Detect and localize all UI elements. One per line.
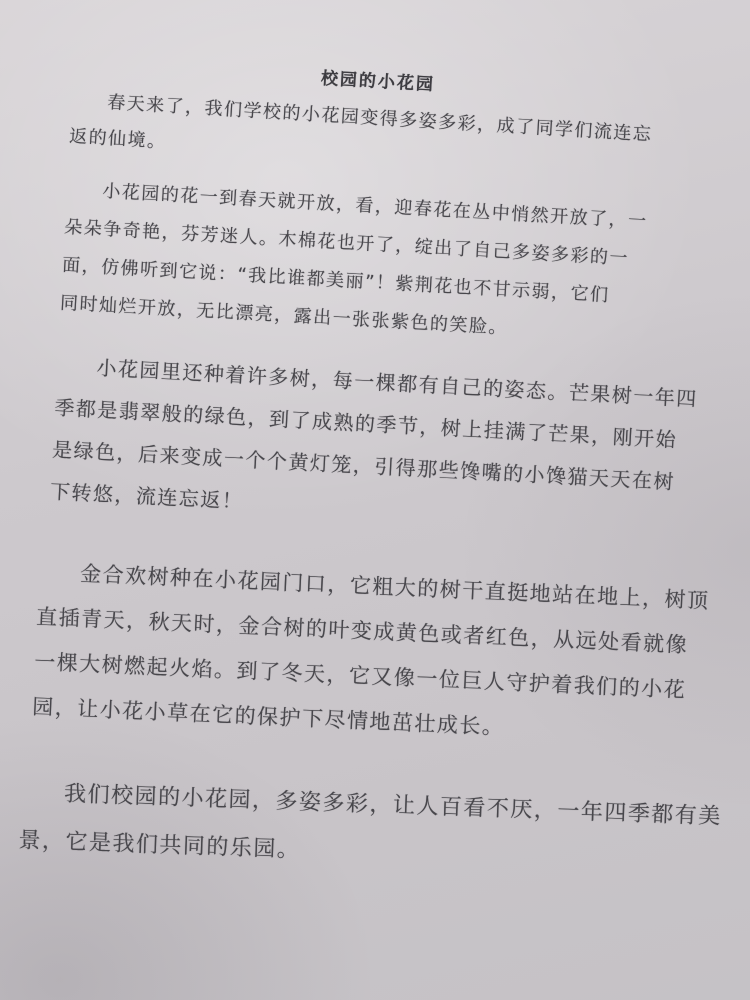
photo-background: 校园的小花园 春天来了，我们学校的小花园变得多姿多彩，成了同学们流连忘 返的仙境… [0, 0, 750, 1000]
paragraph-3: 小花园里还种着许多树，每一棵都有自己的姿态。芒果树一年四 季都是翡翠般的绿色，到… [49, 345, 667, 545]
paragraph-4: 金合欢树种在小花园门口，它粗大的树干直挺地站在地上，树顶 直插青天，秋天时，金合… [31, 550, 654, 757]
paragraph-5: 我们校园的小花园，多姿多彩，让人百看不厌，一年四季都有美 景，它是我们共同的乐园… [18, 769, 643, 887]
essay-page: 校园的小花园 春天来了，我们学校的小花园变得多姿多彩，成了同学们流连忘 返的仙境… [29, 36, 684, 900]
paragraph-2: 小花园的花一到春天就开放，看，迎春花在丛中悄然开放了，一 朵朵争奇艳，芬芳迷人。… [59, 171, 677, 357]
